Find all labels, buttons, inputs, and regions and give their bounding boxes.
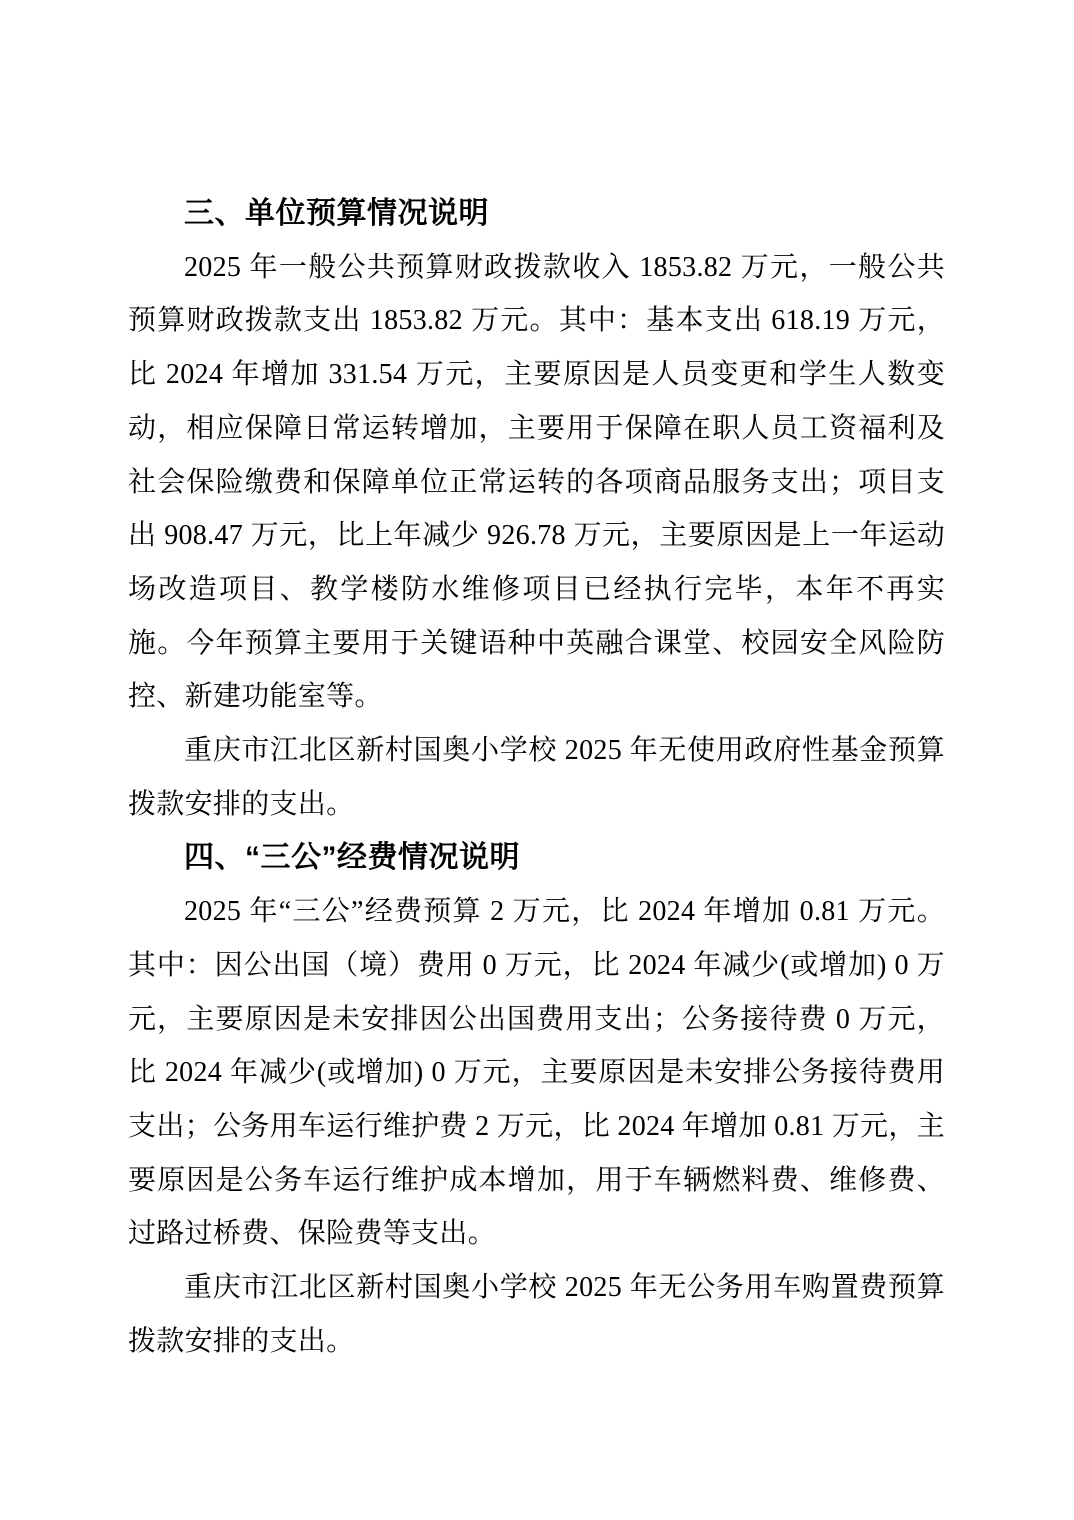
- section-three-public-funds-paragraph-1: 2025 年“三公”经费预算 2 万元，比 2024 年增加 0.81 万元。其…: [128, 885, 945, 1261]
- section-three-public-funds-heading: 四、“三公”经费情况说明: [128, 831, 945, 885]
- budget-document-page: 三、单位预算情况说明 2025 年一般公共预算财政拨款收入 1853.82 万元…: [0, 0, 1074, 1520]
- section-three-public-funds-paragraph-2: 重庆市江北区新村国奥小学校 2025 年无公务用车购置费预算拨款安排的支出。: [128, 1261, 945, 1368]
- section-three-public-funds: 四、“三公”经费情况说明 2025 年“三公”经费预算 2 万元，比 2024 …: [128, 831, 945, 1368]
- document-body: 三、单位预算情况说明 2025 年一般公共预算财政拨款收入 1853.82 万元…: [128, 187, 945, 1368]
- section-unit-budget-heading: 三、单位预算情况说明: [128, 187, 945, 241]
- section-unit-budget-paragraph-2: 重庆市江北区新村国奥小学校 2025 年无使用政府性基金预算拨款安排的支出。: [128, 724, 945, 831]
- section-unit-budget-paragraph-1: 2025 年一般公共预算财政拨款收入 1853.82 万元，一般公共预算财政拨款…: [128, 241, 945, 724]
- section-unit-budget: 三、单位预算情况说明 2025 年一般公共预算财政拨款收入 1853.82 万元…: [128, 187, 945, 831]
